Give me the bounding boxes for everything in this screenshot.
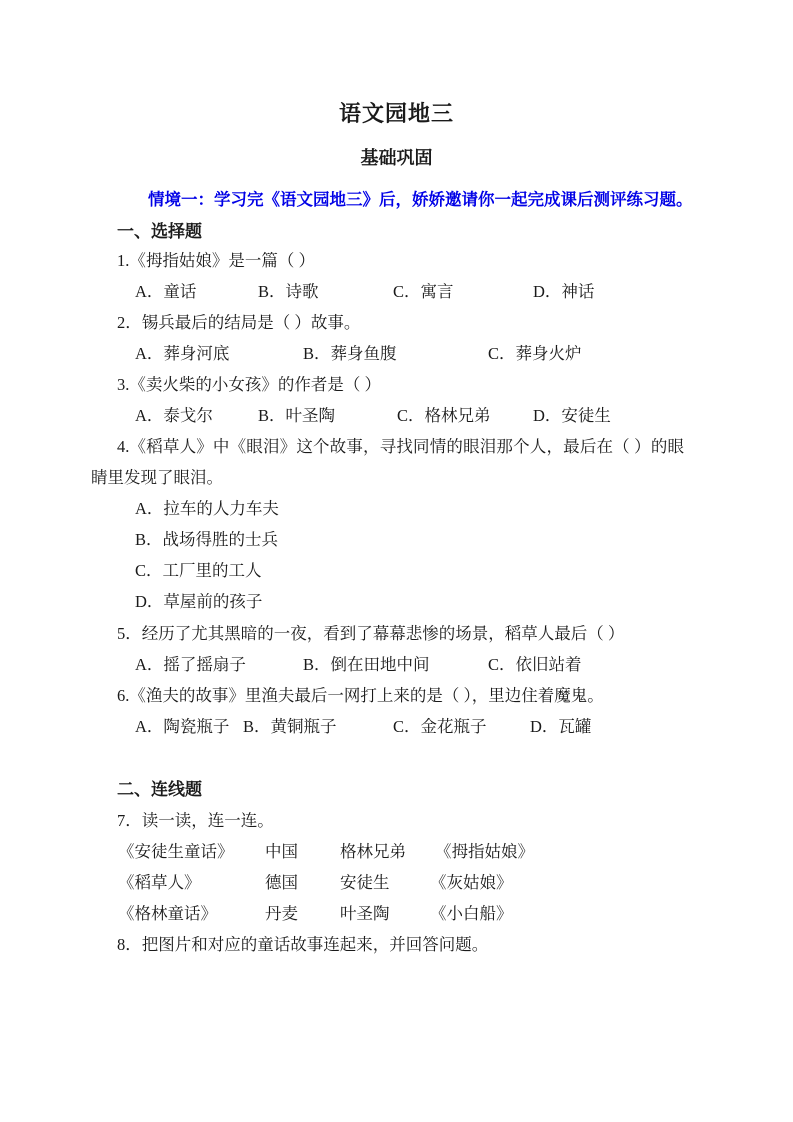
section-one-heading: 一、选择题 bbox=[117, 221, 202, 242]
question-4-text-line2: 睛里发现了眼泪。 bbox=[91, 468, 223, 489]
question-1-text: 1.《拇指姑娘》是一篇（ ） bbox=[117, 251, 315, 272]
question-3-option-a: A．泰戈尔 bbox=[135, 406, 213, 427]
question-1-option-d: D．神话 bbox=[533, 282, 594, 303]
question-6-text: 6.《渔夫的故事》里渔夫最后一网打上来的是（ ），里边住着魔鬼。 bbox=[117, 686, 604, 707]
match-row2-country: 德国 bbox=[265, 873, 298, 894]
question-4-option-c: C．工厂里的工人 bbox=[135, 561, 262, 582]
match-row3-book: 《格林童话》 bbox=[118, 904, 217, 925]
question-3-option-d: D．安徒生 bbox=[533, 406, 611, 427]
match-row3-author: 叶圣陶 bbox=[340, 904, 390, 925]
question-5-option-a: A．摇了摇扇子 bbox=[135, 655, 246, 676]
match-row2-book: 《稻草人》 bbox=[118, 873, 201, 894]
question-5-text: 5．经历了尤其黑暗的一夜，看到了幕幕悲惨的场景，稻草人最后（ ） bbox=[117, 624, 624, 645]
question-4-option-a: A．拉车的人力车夫 bbox=[135, 499, 279, 520]
question-2-option-b: B．葬身鱼腹 bbox=[303, 344, 397, 365]
match-row3-country: 丹麦 bbox=[265, 904, 298, 925]
match-row1-country: 中国 bbox=[265, 842, 298, 863]
match-row3-story: 《小白船》 bbox=[430, 904, 513, 925]
question-1-option-c: C．寓言 bbox=[393, 282, 454, 303]
question-4-text-line1: 4.《稻草人》中《眼泪》这个故事，寻找同情的眼泪那个人，最后在（ ）的眼 bbox=[117, 437, 684, 458]
question-3-text: 3.《卖火柴的小女孩》的作者是（ ） bbox=[117, 375, 381, 396]
page-subtitle: 基础巩固 bbox=[0, 147, 793, 170]
question-3-option-b: B．叶圣陶 bbox=[258, 406, 335, 427]
question-3-option-c: C．格林兄弟 bbox=[397, 406, 491, 427]
question-4-option-d: D．草屋前的孩子 bbox=[135, 592, 262, 613]
page-title: 语文园地三 bbox=[0, 100, 793, 128]
question-2-option-a: A．葬身河底 bbox=[135, 344, 229, 365]
question-1-option-b: B．诗歌 bbox=[258, 282, 319, 303]
question-2-text: 2．锡兵最后的结局是（ ）故事。 bbox=[117, 313, 360, 334]
question-5-option-b: B．倒在田地中间 bbox=[303, 655, 430, 676]
question-4-option-b: B．战场得胜的士兵 bbox=[135, 530, 278, 551]
question-6-option-a: A．陶瓷瓶子 bbox=[135, 717, 229, 738]
section-two-heading: 二、连线题 bbox=[117, 779, 202, 800]
match-row2-story: 《灰姑娘》 bbox=[430, 873, 513, 894]
match-row1-book: 《安徒生童话》 bbox=[118, 842, 234, 863]
question-1-option-a: A．童话 bbox=[135, 282, 196, 303]
question-6-option-b: B．黄铜瓶子 bbox=[243, 717, 337, 738]
worksheet-page: 语文园地三 基础巩固 情境一：学习完《语文园地三》后，娇娇邀请你一起完成课后测评… bbox=[0, 0, 793, 1122]
scenario-line: 情境一：学习完《语文园地三》后，娇娇邀请你一起完成课后测评练习题。 bbox=[148, 190, 693, 211]
question-8-text: 8．把图片和对应的童话故事连起来，并回答问题。 bbox=[117, 935, 488, 956]
match-row1-story: 《拇指姑娘》 bbox=[435, 842, 534, 863]
question-6-option-c: C．金花瓶子 bbox=[393, 717, 487, 738]
question-6-option-d: D．瓦罐 bbox=[530, 717, 591, 738]
match-row2-author: 安徒生 bbox=[340, 873, 390, 894]
question-5-option-c: C．依旧站着 bbox=[488, 655, 582, 676]
question-2-option-c: C．葬身火炉 bbox=[488, 344, 582, 365]
match-row1-author: 格林兄弟 bbox=[340, 842, 406, 863]
question-7-text: 7．读一读，连一连。 bbox=[117, 811, 274, 832]
